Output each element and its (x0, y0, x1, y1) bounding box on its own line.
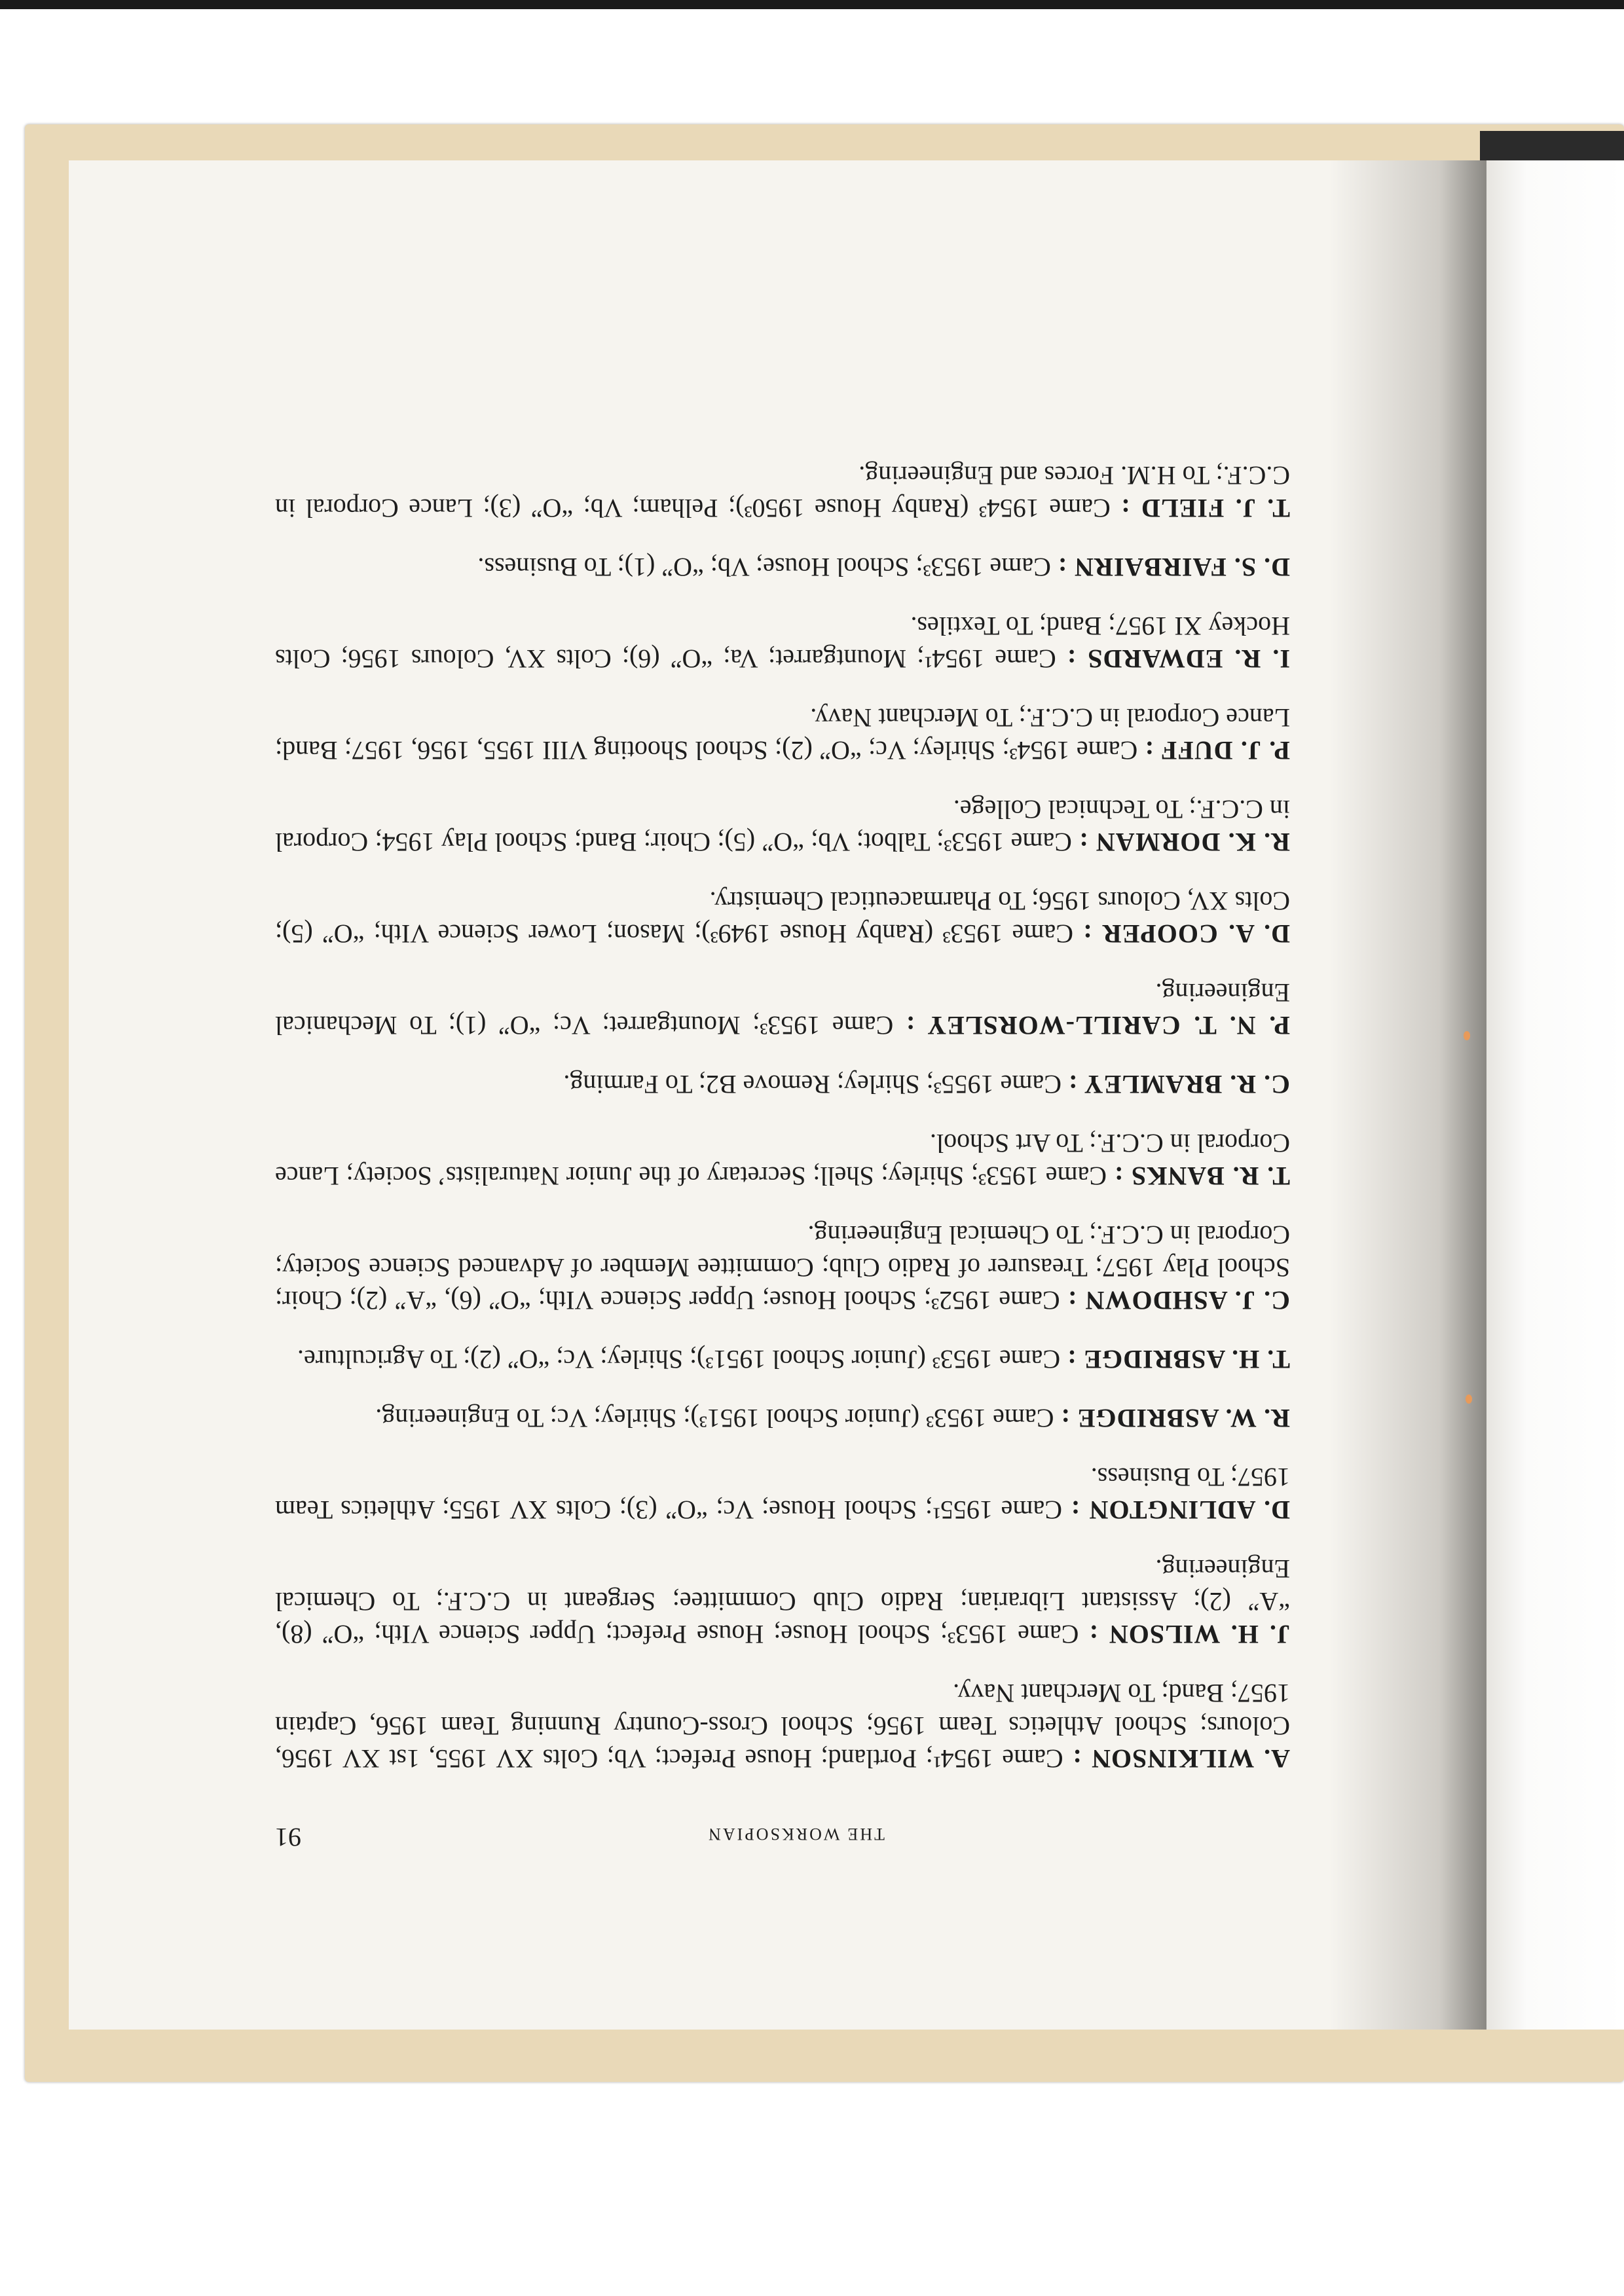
leaver-name: P. J. DUFF : (1145, 736, 1290, 765)
leaver-entry: R. K. DORMAN : Came 1953³; Talbot; Vb; “… (275, 793, 1290, 858)
leaver-details: Came 1954³; Shirley; Vc; “O” (2); School… (275, 703, 1290, 765)
paper-stain (1466, 1394, 1472, 1404)
leaver-details: Came 1953³; School House; Vb; “O” (1); T… (477, 553, 1050, 582)
page-number: 91 (275, 1822, 301, 1853)
gutter-shadow (1329, 160, 1486, 2030)
page-content-rotated: THE WORKSOPIAN 91 A. WILKINSON : Came 19… (275, 367, 1290, 1853)
leaver-entry: I. R. EDWARDS : Came 1954¹; Mountgarret;… (275, 610, 1290, 675)
leaver-name: T. R. BANKS : (1114, 1161, 1290, 1191)
leaver-entry: P. J. DUFF : Came 1954³; Shirley; Vc; “O… (275, 701, 1290, 767)
leaver-name: J. H. WILSON : (1089, 1620, 1290, 1649)
leaver-name: D. A. COOPER : (1082, 919, 1290, 949)
leaver-name: R. W. ASBRIDGE : (1060, 1404, 1290, 1433)
paper-stain (1464, 1031, 1470, 1040)
leaver-name: C. R. BRAMLEY : (1068, 1070, 1290, 1099)
running-header: THE WORKSOPIAN 91 (275, 1822, 1290, 1853)
leavers-list: A. WILKINSON : Came 1954¹; Portland; Hou… (275, 459, 1290, 1775)
leaver-name: R. K. DORMAN : (1079, 828, 1290, 857)
leaver-name: I. R. EDWARDS : (1067, 644, 1290, 674)
leaver-entry: D. A. COOPER : Came 1953³ (Ranby House 1… (275, 884, 1290, 950)
leaver-name: D. ADLINGTON : (1071, 1495, 1290, 1525)
leaver-entry: J. H. WILSON : Came 1953³; School House;… (275, 1552, 1290, 1650)
leaver-name: D. S. FAIRBAIRN : (1058, 553, 1290, 582)
leaver-entry: A. WILKINSON : Came 1954¹; Portland; Hou… (275, 1677, 1290, 1775)
leaver-entry: T. J. FIELD : Came 1954³ (Ranby House 19… (275, 459, 1290, 524)
leaver-entry: T. H. ASBRIDGE : Came 1953³ (Junior Scho… (275, 1343, 1290, 1376)
leaver-details: Came 1955³; Shirley; Remove B2; To Farmi… (563, 1070, 1061, 1099)
leaver-entry: T. R. BANKS : Came 1953³; Shirley; Shell… (275, 1127, 1290, 1192)
leaver-entry: P. N. T. CARILL-WORSLEY : Came 1953³; Mo… (275, 976, 1290, 1042)
leaver-name: C. J. ASHDOWN : (1067, 1286, 1290, 1315)
leaver-entry: D. ADLINGTON : Came 1955¹; School House;… (275, 1461, 1290, 1526)
facing-page-edge (1485, 160, 1624, 2030)
leaver-name: A. WILKINSON : (1072, 1744, 1290, 1774)
leaver-entry: C. J. ASHDOWN : Came 1952³; School House… (275, 1218, 1290, 1317)
leaver-entry: R. W. ASBRIDGE : Came 1953³ (Junior Scho… (275, 1402, 1290, 1434)
leaver-entry: C. R. BRAMLEY : Came 1955³; Shirley; Rem… (275, 1068, 1290, 1101)
leaver-details: Came 1953³ (Junior School 1951³); Shirle… (297, 1345, 1060, 1374)
leaver-details: Came 1953³ (Junior School 1951³); Shirle… (375, 1404, 1054, 1433)
leaver-entry: D. S. FAIRBAIRN : Came 1953³; School Hou… (275, 551, 1290, 583)
scan-top-edge (0, 0, 1624, 9)
leaver-name: T. H. ASBRIDGE : (1067, 1345, 1290, 1374)
leaver-name: P. N. T. CARILL-WORSLEY : (906, 1011, 1290, 1040)
running-title: THE WORKSOPIAN (301, 1824, 1290, 1844)
leaver-name: T. J. FIELD : (1120, 494, 1290, 523)
